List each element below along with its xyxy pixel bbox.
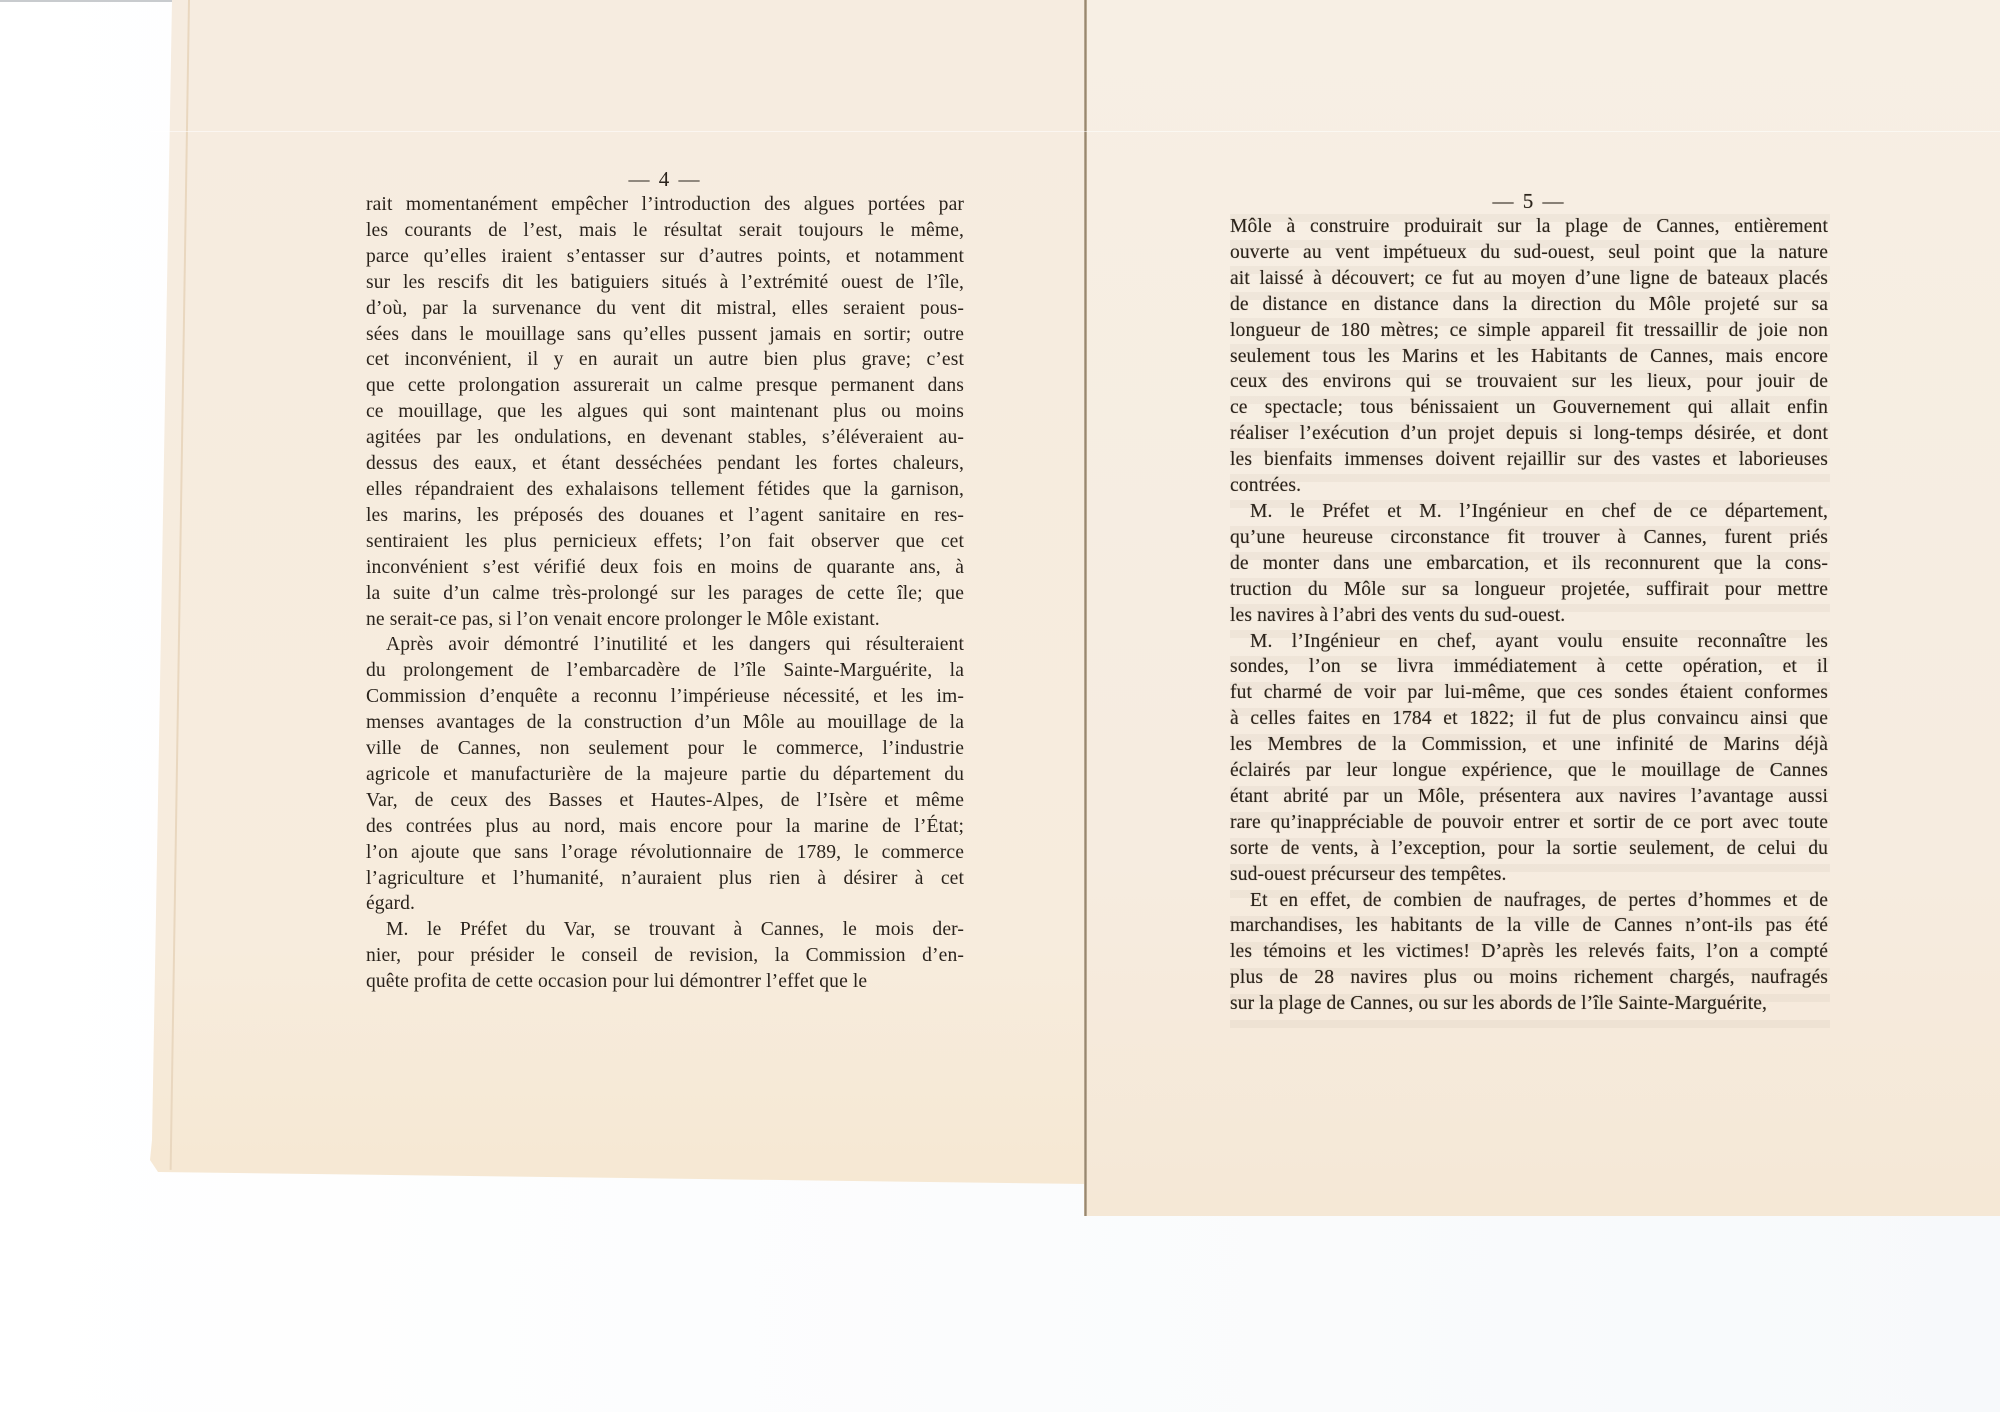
left-page-edge	[170, 0, 190, 1170]
text-line: nier, pour présider le conseil de revisi…	[366, 943, 964, 969]
text-line: les bienfaits immenses doivent rejaillir…	[1230, 447, 1828, 473]
text-line: elles répandraient des exhalaisons telle…	[366, 477, 964, 503]
text-line: M. l’Ingénieur en chef, ayant voulu ensu…	[1230, 629, 1828, 655]
text-line: d’où, par la survenance du vent dit mist…	[366, 296, 964, 322]
text-line: étant abrité par un Môle, présentera aux…	[1230, 784, 1828, 810]
text-line: l’agriculture et l’humanité, n’auraient …	[366, 866, 964, 892]
scanned-book-spread: — 4 — rait momentanément empêcher l’intr…	[0, 0, 2000, 1412]
paragraph: Et en effet, de combien de naufrages, de…	[1230, 888, 1828, 1018]
text-line: ouverte au vent impétueux du sud-ouest, …	[1230, 240, 1828, 266]
text-line: ce mouillage, que les algues qui sont ma…	[366, 399, 964, 425]
page-number-5: — 5 —	[1230, 188, 1828, 214]
text-line: marchandises, les habitants de la ville …	[1230, 913, 1828, 939]
text-line: menses avantages de la construction d’un…	[366, 710, 964, 736]
text-line: agitées par les ondulations, en devenant…	[366, 425, 964, 451]
left-page-text: — 4 — rait momentanément empêcher l’intr…	[366, 166, 964, 995]
text-line: ne serait-ce pas, si l’on venait encore …	[366, 607, 964, 633]
page-number-4: — 4 —	[366, 166, 964, 192]
text-line: les navires à l’abri des vents du sud-ou…	[1230, 603, 1828, 629]
paragraph: M. le Préfet du Var, se trouvant à Canne…	[366, 917, 964, 995]
text-line: l’on ajoute que sans l’orage révolutionn…	[366, 840, 964, 866]
text-line: Et en effet, de combien de naufrages, de…	[1230, 888, 1828, 914]
text-line: sur la plage de Cannes, ou sur les abord…	[1230, 991, 1828, 1017]
paragraph: M. l’Ingénieur en chef, ayant voulu ensu…	[1230, 629, 1828, 888]
text-line: ceux des environs qui se trouvaient sur …	[1230, 369, 1828, 395]
paragraph: Môle à construire produirait sur la plag…	[1230, 214, 1828, 499]
text-line: quête profita de cette occasion pour lui…	[366, 969, 964, 995]
text-line: inconvénient s’est vérifié deux fois en …	[366, 555, 964, 581]
paragraph: M. le Préfet et M. l’Ingénieur en chef d…	[1230, 499, 1828, 629]
text-line: longueur de 180 mètres; ce simple appare…	[1230, 318, 1828, 344]
text-line: les marins, les préposés des douanes et …	[366, 503, 964, 529]
text-line: les courants de l’est, mais le résultat …	[366, 218, 964, 244]
text-line: truction du Môle sur sa longueur projeté…	[1230, 577, 1828, 603]
text-line: Après avoir démontré l’inutilité et les …	[366, 632, 964, 658]
text-line: à celles faites en 1784 et 1822; il fut …	[1230, 706, 1828, 732]
text-line: ville de Cannes, non seulement pour le c…	[366, 736, 964, 762]
text-line: sud-ouest précurseur des tempêtes.	[1230, 862, 1828, 888]
text-line: des contrées plus au nord, mais encore p…	[366, 814, 964, 840]
text-line: contrées.	[1230, 473, 1828, 499]
text-line: sentiraient les plus pernicieux effets; …	[366, 529, 964, 555]
text-line: Commission d’enquête a reconnu l’impérie…	[366, 684, 964, 710]
text-line: ce spectacle; tous bénissaient un Gouver…	[1230, 395, 1828, 421]
paragraph: rait momentanément empêcher l’introducti…	[366, 192, 964, 632]
text-line: réaliser l’exécution d’un projet depuis …	[1230, 421, 1828, 447]
text-line: de monter dans une embarcation, et ils r…	[1230, 551, 1828, 577]
text-line: Môle à construire produirait sur la plag…	[1230, 214, 1828, 240]
text-line: fut charmé de voir par lui-même, que ces…	[1230, 680, 1828, 706]
text-line: les témoins et les victimes! D’après les…	[1230, 939, 1828, 965]
text-line: dessus des eaux, et étant desséchées pen…	[366, 451, 964, 477]
paper-fold-line	[150, 131, 2000, 132]
text-line: qu’une heureuse circonstance fit trouver…	[1230, 525, 1828, 551]
paragraph: Après avoir démontré l’inutilité et les …	[366, 632, 964, 917]
text-line: sorte de vents, à l’exception, pour la s…	[1230, 836, 1828, 862]
text-line: rare qu’inappréciable de pouvoir entrer …	[1230, 810, 1828, 836]
text-line: éclairés par leur longue expérience, que…	[1230, 758, 1828, 784]
book-gutter	[1084, 0, 1087, 1216]
text-line: la suite d’un calme très-prolongé sur le…	[366, 581, 964, 607]
text-line: plus de 28 navires plus ou moins richeme…	[1230, 965, 1828, 991]
text-line: cet inconvénient, il y en aurait un autr…	[366, 347, 964, 373]
text-line: M. le Préfet du Var, se trouvant à Canne…	[366, 917, 964, 943]
text-line: sées dans le mouillage sans qu’elles pus…	[366, 322, 964, 348]
left-paragraphs: rait momentanément empêcher l’introducti…	[366, 192, 964, 995]
text-line: seulement tous les Marins et les Habitan…	[1230, 344, 1828, 370]
text-line: rait momentanément empêcher l’introducti…	[366, 192, 964, 218]
right-page-text: — 5 — Môle à construire produirait sur l…	[1230, 188, 1828, 1017]
text-line: les Membres de la Commission, et une inf…	[1230, 732, 1828, 758]
right-paragraphs: Môle à construire produirait sur la plag…	[1230, 214, 1828, 1017]
text-line: Var, de ceux des Basses et Hautes-Alpes,…	[366, 788, 964, 814]
text-line: M. le Préfet et M. l’Ingénieur en chef d…	[1230, 499, 1828, 525]
text-line: agricole et manufacturière de la majeure…	[366, 762, 964, 788]
text-line: du prolongement de l’embarcadère de l’îl…	[366, 658, 964, 684]
text-line: parce qu’elles iraient s’entasser sur d’…	[366, 244, 964, 270]
text-line: sondes, l’on se livra immédiatement à ce…	[1230, 654, 1828, 680]
text-line: ait laissé à découvert; ce fut au moyen …	[1230, 266, 1828, 292]
text-line: sur les rescifs dit les batiguiers situé…	[366, 270, 964, 296]
text-line: que cette prolongation assurerait un cal…	[366, 373, 964, 399]
text-line: de distance en distance dans la directio…	[1230, 292, 1828, 318]
text-line: égard.	[366, 891, 964, 917]
